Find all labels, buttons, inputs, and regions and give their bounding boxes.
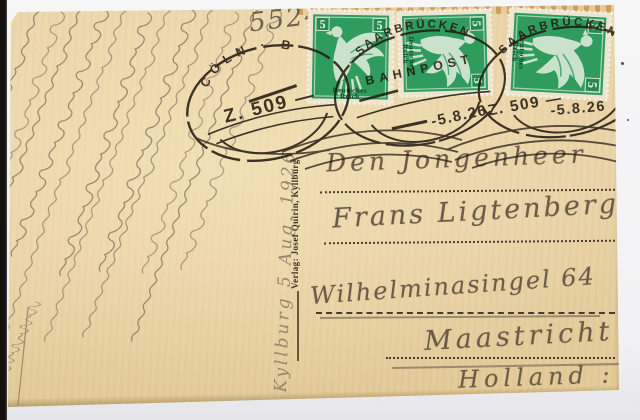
postcard: 5 5 Deutsches Reich [0,0,640,420]
divider-line [297,291,299,361]
address-line-4: Maastricht [423,316,614,357]
message-handwriting [6,10,296,410]
address-rule-4 [386,357,615,359]
postcard-photo: 5 5 Deutsches Reich [0,0,640,420]
address-line-2: Frans Ligtenberg [331,189,619,235]
stamp-3 [504,6,614,101]
address-rule-3 [316,312,615,314]
address-line-3: Wilhelminasingel 64 [309,262,596,310]
postmark-date: -5.8.26 [430,102,489,131]
stamp-1 [305,8,396,106]
scanner-edge-strip [0,0,7,420]
postmark-date: -5.8.26 [550,98,607,119]
dust-speck [621,62,624,65]
address-line-1: Den Jongenheer [326,139,587,177]
stamp-2 [396,7,494,99]
address-rule-2 [324,240,615,245]
dust-speck [627,119,629,121]
